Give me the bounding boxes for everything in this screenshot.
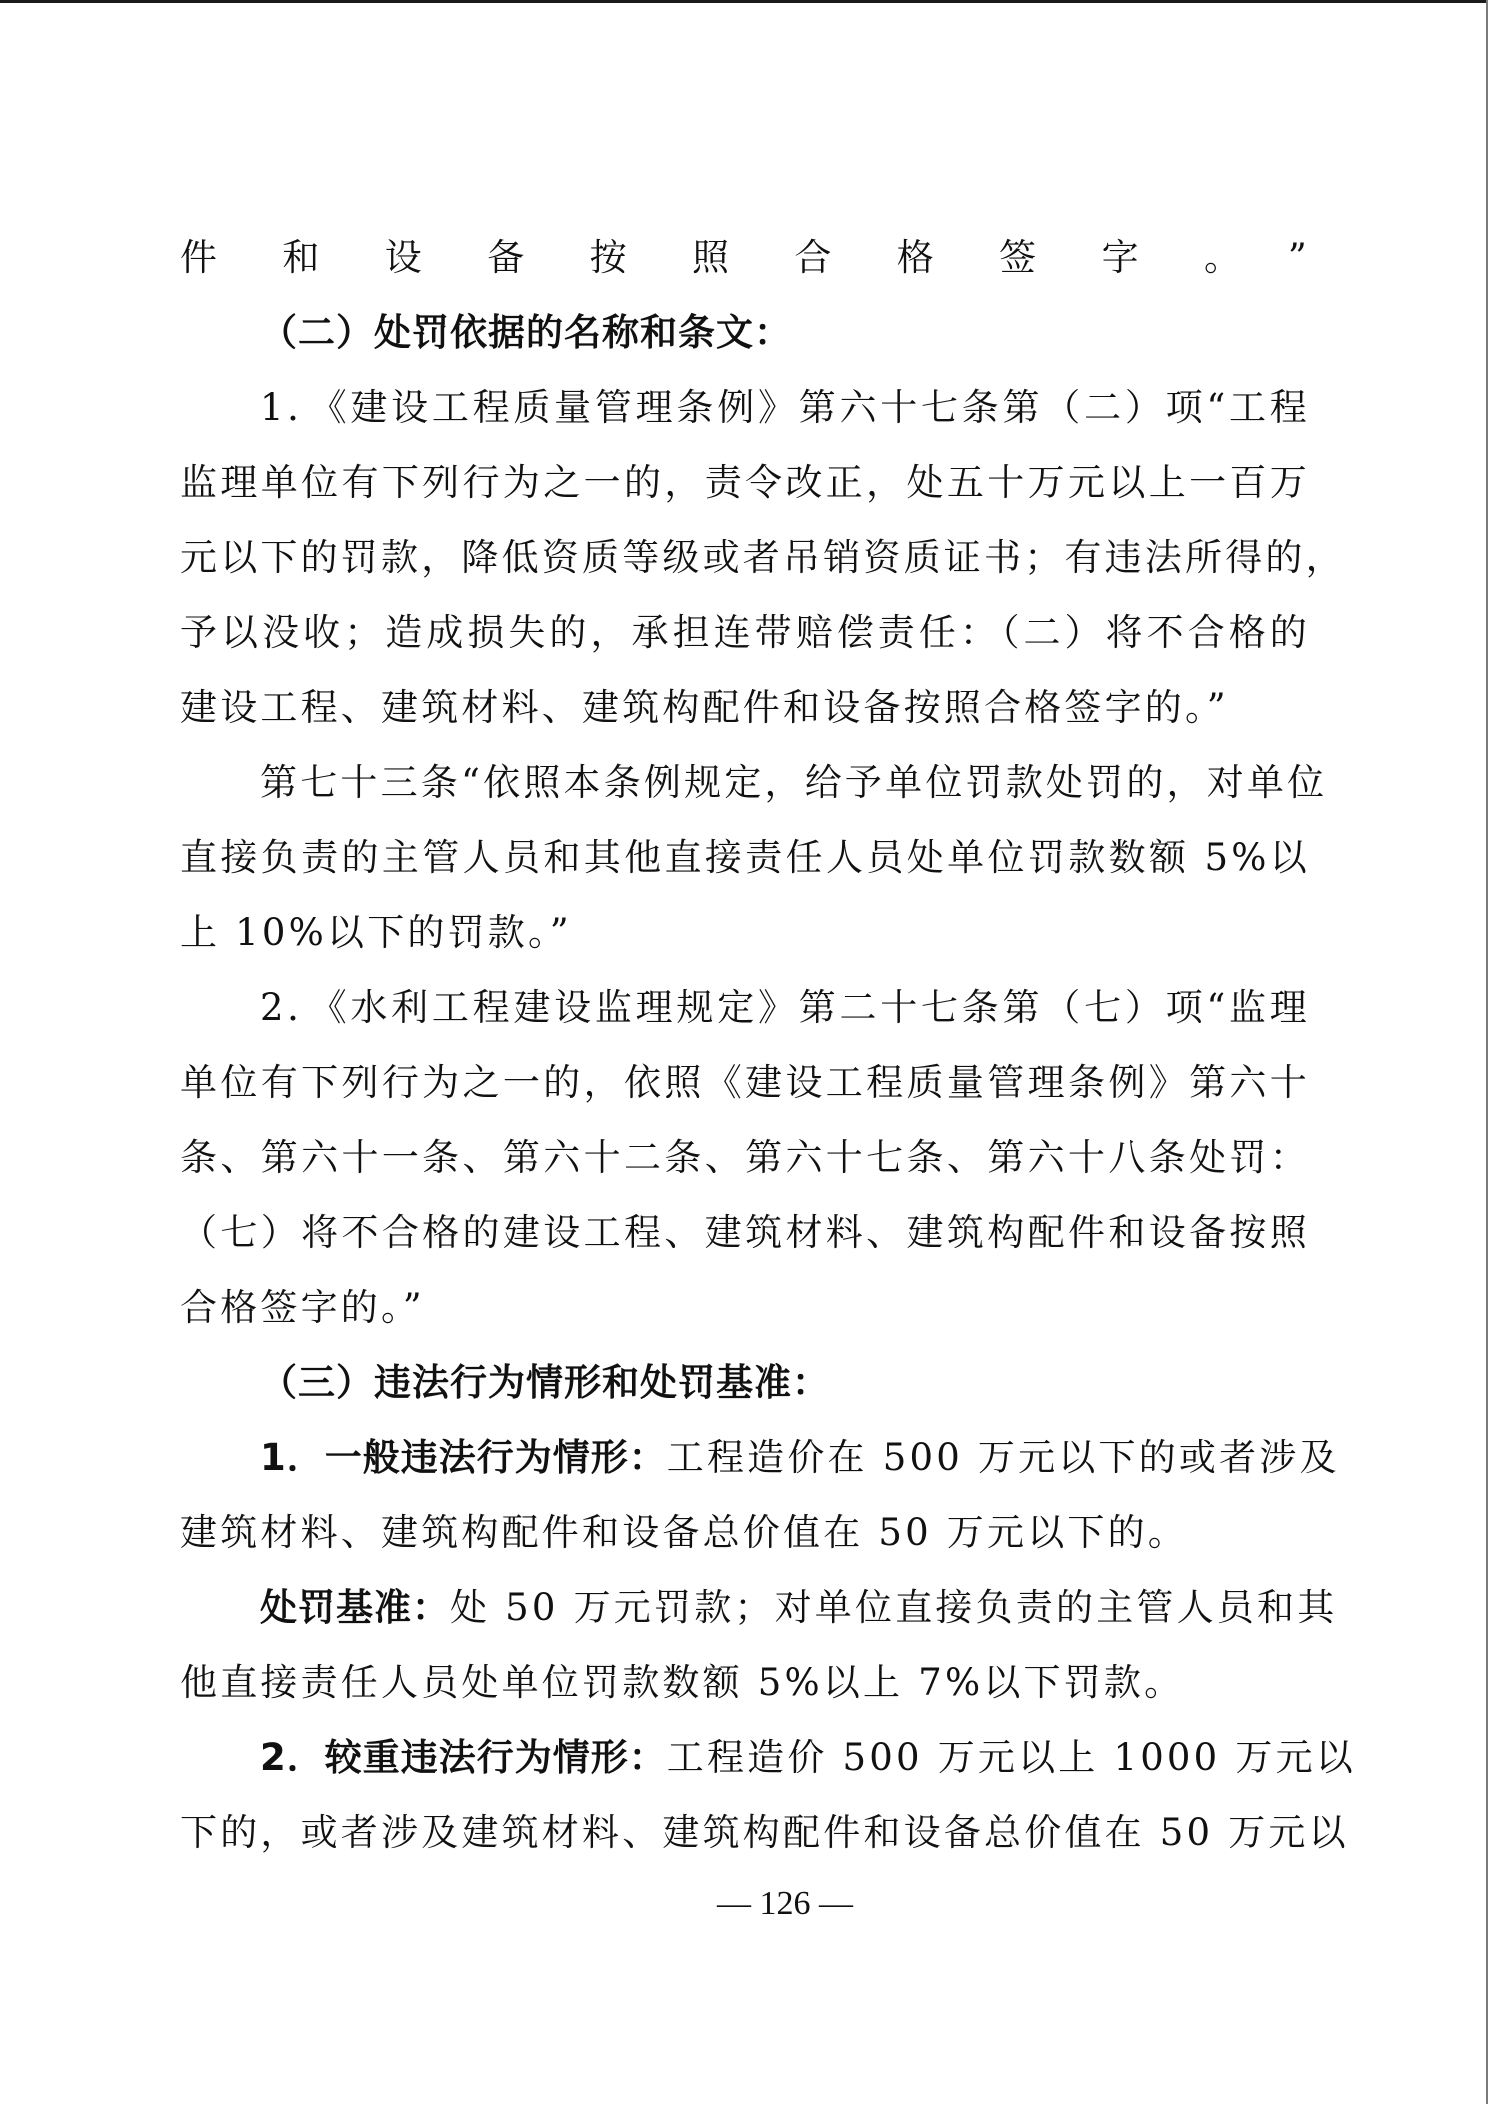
text-line: 他直接责任人员处单位罚款数额 5%以上 7%以下罚款。 <box>180 1645 1310 1720</box>
section-heading-penalty-basis: （二）处罚依据的名称和条文： <box>180 295 1310 370</box>
general-violation-label: 1．一般违法行为情形： <box>260 1436 667 1479</box>
text-line-penalty-standard: 处罚基准：处 50 万元罚款；对单位直接负责的主管人员和其 <box>180 1570 1310 1645</box>
text-line: 下的，或者涉及建筑材料、建筑构配件和设备总价值在 50 万元以 <box>180 1795 1310 1870</box>
document-page: 件和设备按照合格签字。” （二）处罚依据的名称和条文： 1．《建设工程质量管理条… <box>180 220 1310 1870</box>
page-number: — 126 — <box>0 1885 1488 1923</box>
penalty-standard-label: 处罚基准： <box>260 1586 450 1629</box>
text-line: 建筑材料、建筑构配件和设备总价值在 50 万元以下的。 <box>180 1495 1310 1570</box>
text-line: 第七十三条“依照本条例规定，给予单位罚款处罚的，对单位 <box>180 745 1310 820</box>
text-line: 予以没收；造成损失的，承担连带赔偿责任：（二）将不合格的 <box>180 595 1310 670</box>
text-line: 建设工程、建筑材料、建筑构配件和设备按照合格签字的。” <box>180 670 1310 745</box>
text-line: （七）将不合格的建设工程、建筑材料、建筑构配件和设备按照 <box>180 1195 1310 1270</box>
serious-violation-text: 工程造价 500 万元以上 1000 万元以 <box>667 1736 1356 1779</box>
text-line: 件和设备按照合格签字。” <box>180 220 1310 295</box>
section-heading-violation-standards: （三）违法行为情形和处罚基准： <box>180 1345 1310 1420</box>
text-line-serious-violation: 2．较重违法行为情形：工程造价 500 万元以上 1000 万元以 <box>180 1720 1310 1795</box>
text-line-general-violation: 1．一般违法行为情形：工程造价在 500 万元以下的或者涉及 <box>180 1420 1310 1495</box>
general-violation-text: 工程造价在 500 万元以下的或者涉及 <box>667 1436 1340 1479</box>
text-line: 直接负责的主管人员和其他直接责任人员处单位罚款数额 5%以 <box>180 820 1310 895</box>
text-line: 监理单位有下列行为之一的，责令改正，处五十万元以上一百万 <box>180 445 1310 520</box>
text-line: 元以下的罚款，降低资质等级或者吊销资质证书；有违法所得的， <box>180 520 1310 595</box>
text-line: 单位有下列行为之一的，依照《建设工程质量管理条例》第六十 <box>180 1045 1310 1120</box>
text-line: 1．《建设工程质量管理条例》第六十七条第（二）项“工程 <box>180 370 1310 445</box>
text-line: 合格签字的。” <box>180 1270 1310 1345</box>
penalty-standard-text: 处 50 万元罚款；对单位直接负责的主管人员和其 <box>450 1586 1337 1629</box>
text-line: 上 10%以下的罚款。” <box>180 895 1310 970</box>
text-line: 条、第六十一条、第六十二条、第六十七条、第六十八条处罚： <box>180 1120 1310 1195</box>
page-top-border <box>0 0 1488 3</box>
text-line: 2．《水利工程建设监理规定》第二十七条第（七）项“监理 <box>180 970 1310 1045</box>
serious-violation-label: 2．较重违法行为情形： <box>260 1736 667 1779</box>
